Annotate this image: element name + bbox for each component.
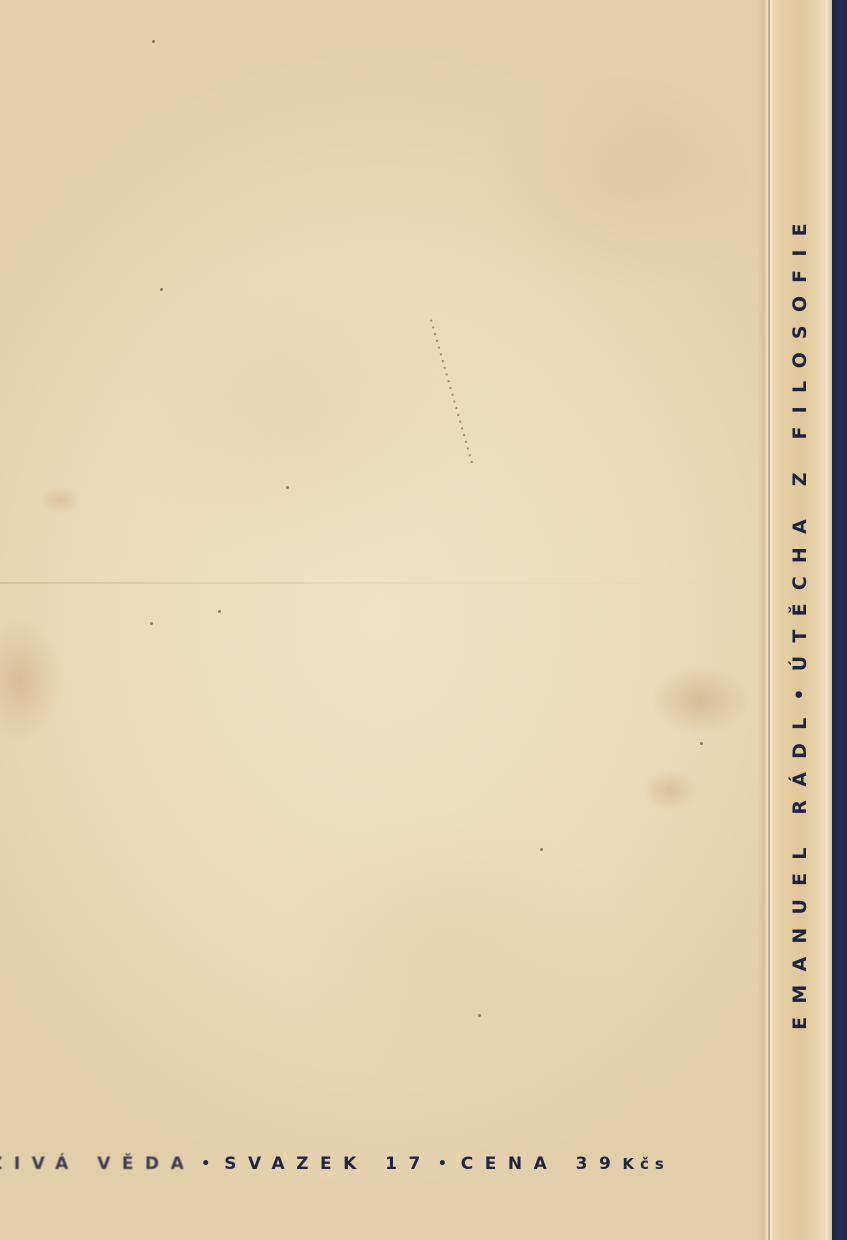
paper-speck xyxy=(286,486,289,489)
spine-title: EMANUEL RÁDL • ÚTĚCHA Z FILOSOFIE xyxy=(785,55,815,1185)
paper-speck xyxy=(218,610,221,613)
bullet-separator: • xyxy=(789,675,811,700)
paper-speck xyxy=(150,622,153,625)
back-cover: ŽIVÁ VĚDA • SVAZEK 17 • CENA 39 Kčs xyxy=(0,0,768,1240)
paper-speck xyxy=(152,40,155,43)
spine-author: EMANUEL RÁDL xyxy=(789,705,811,1030)
fold-crease xyxy=(0,582,768,584)
volume-number: SVAZEK 17 xyxy=(224,1154,432,1174)
bullet-separator: • xyxy=(201,1156,210,1172)
price-label: CENA 39 xyxy=(461,1154,623,1174)
paper-speck xyxy=(700,742,703,745)
book-cover-scan: ŽIVÁ VĚDA • SVAZEK 17 • CENA 39 Kčs EMAN… xyxy=(0,0,847,1240)
series-name: ŽIVÁ VĚDA xyxy=(0,1154,195,1174)
bullet-separator: • xyxy=(438,1156,447,1172)
paper-scratch xyxy=(430,319,473,464)
front-cover-edge xyxy=(832,0,847,1240)
paper-speck xyxy=(160,288,163,291)
paper-speck xyxy=(540,848,543,851)
series-imprint: ŽIVÁ VĚDA • SVAZEK 17 • CENA 39 Kčs xyxy=(0,1152,670,1176)
price-currency: Kčs xyxy=(622,1155,669,1173)
spine-book-title: ÚTĚCHA Z FILOSOFIE xyxy=(789,210,811,671)
paper-speck xyxy=(478,1014,481,1017)
